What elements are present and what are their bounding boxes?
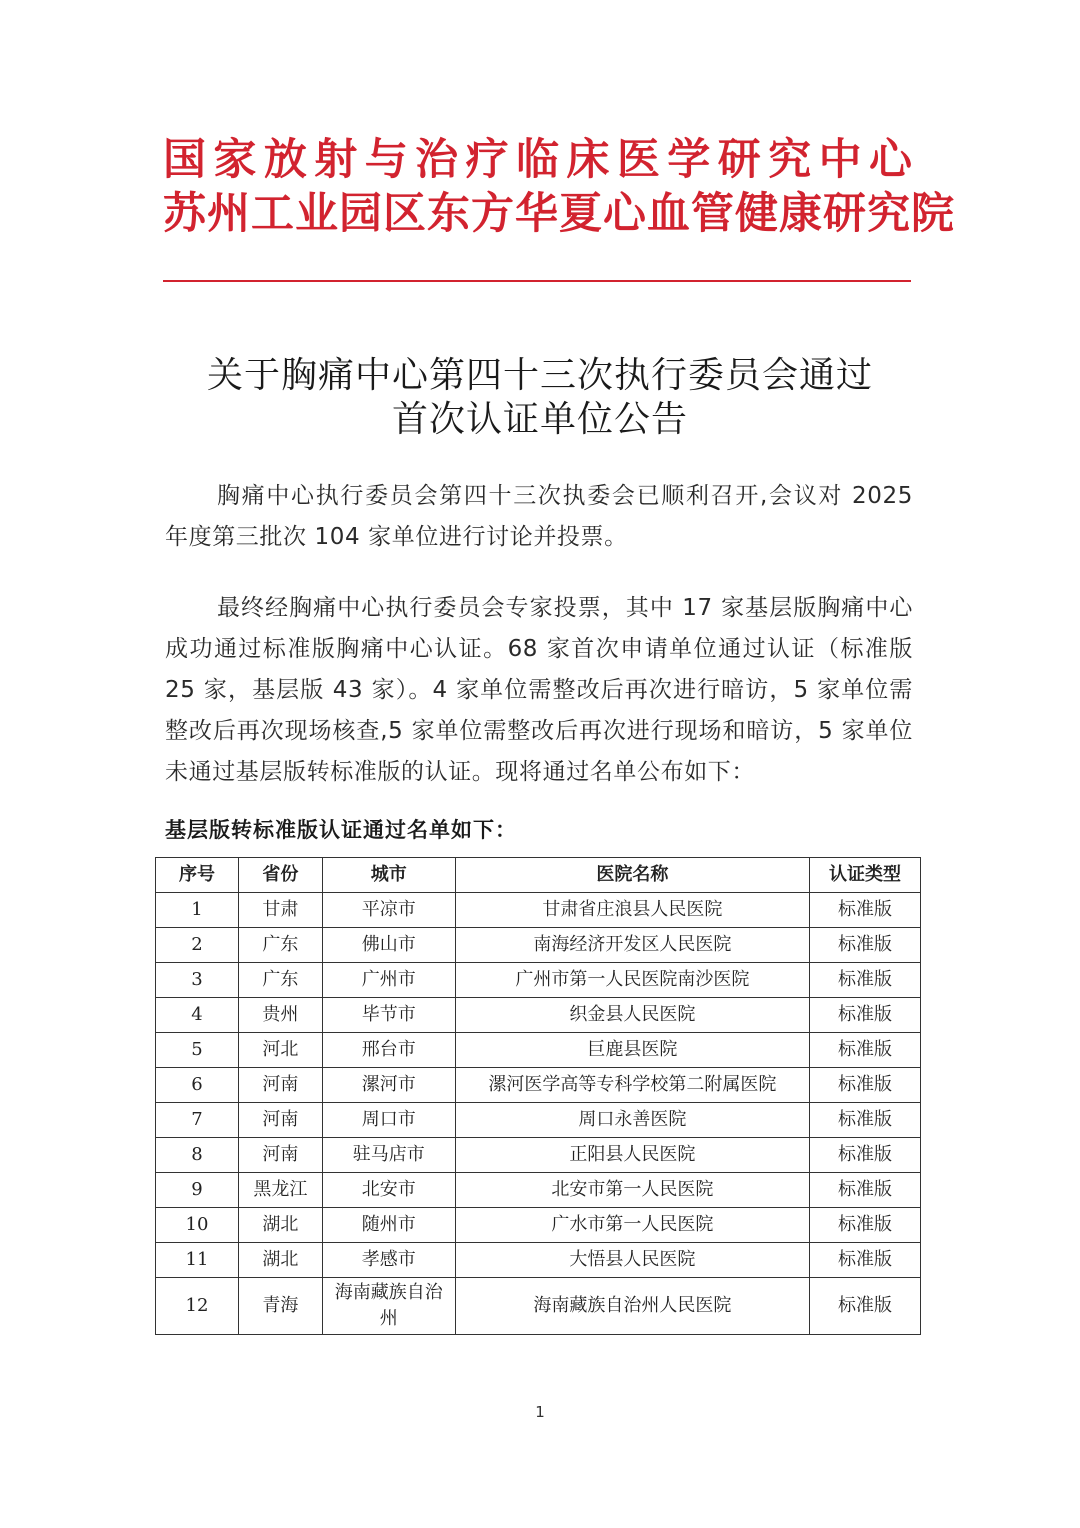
cell-cert-type: 标准版 [810, 1068, 921, 1103]
cell-province: 河南 [238, 1068, 322, 1103]
table-row: 4贵州毕节市织金县人民医院标准版 [156, 998, 921, 1033]
table-row: 10湖北随州市广水市第一人民医院标准版 [156, 1208, 921, 1243]
cell-no: 9 [156, 1173, 239, 1208]
cell-province: 广东 [238, 928, 322, 963]
cell-city: 孝感市 [322, 1243, 455, 1278]
table-row: 12青海海南藏族自治州海南藏族自治州人民医院标准版 [156, 1278, 921, 1335]
cell-province: 河南 [238, 1103, 322, 1138]
header-hospital: 医院名称 [455, 858, 809, 893]
section-heading: 基层版转标准版认证通过名单如下： [165, 814, 517, 846]
cell-cert-type: 标准版 [810, 963, 921, 998]
table-row: 5河北邢台市巨鹿县医院标准版 [156, 1033, 921, 1068]
cell-city: 漯河市 [322, 1068, 455, 1103]
letterhead-red-rule [163, 280, 911, 282]
cell-hospital: 北安市第一人民医院 [455, 1173, 809, 1208]
table-row: 1甘肃平凉市甘肃省庄浪县人民医院标准版 [156, 893, 921, 928]
cell-city: 海南藏族自治州 [322, 1278, 455, 1335]
cell-hospital: 南海经济开发区人民医院 [455, 928, 809, 963]
cell-hospital: 正阳县人民医院 [455, 1138, 809, 1173]
header-city: 城市 [322, 858, 455, 893]
cell-no: 2 [156, 928, 239, 963]
cell-province: 广东 [238, 963, 322, 998]
body-paragraph-2: 最终经胸痛中心执行委员会专家投票，其中 17 家基层版胸痛中心成功通过标准版胸痛… [165, 588, 913, 793]
page-number: 1 [0, 1403, 1080, 1421]
cell-no: 3 [156, 963, 239, 998]
cell-province: 河南 [238, 1138, 322, 1173]
table-row: 6河南漯河市漯河医学高等专科学校第二附属医院标准版 [156, 1068, 921, 1103]
document-title-line-2: 首次认证单位公告 [150, 396, 930, 444]
table-body: 1甘肃平凉市甘肃省庄浪县人民医院标准版2广东佛山市南海经济开发区人民医院标准版3… [156, 893, 921, 1335]
cell-cert-type: 标准版 [810, 1173, 921, 1208]
cell-hospital: 巨鹿县医院 [455, 1033, 809, 1068]
cell-city: 随州市 [322, 1208, 455, 1243]
cell-no: 4 [156, 998, 239, 1033]
cell-city: 邢台市 [322, 1033, 455, 1068]
cell-hospital: 周口永善医院 [455, 1103, 809, 1138]
cell-cert-type: 标准版 [810, 1243, 921, 1278]
cell-no: 11 [156, 1243, 239, 1278]
certified-units-table: 序号 省份 城市 医院名称 认证类型 1甘肃平凉市甘肃省庄浪县人民医院标准版2广… [155, 857, 921, 1335]
table-row: 3广东广州市广州市第一人民医院南沙医院标准版 [156, 963, 921, 998]
body-paragraph-1: 胸痛中心执行委员会第四十三次执委会已顺利召开,会议对 2025 年度第三批次 1… [165, 476, 913, 558]
header-cert-type: 认证类型 [810, 858, 921, 893]
document-title-line-1: 关于胸痛中心第四十三次执行委员会通过 [150, 352, 930, 400]
cell-no: 1 [156, 893, 239, 928]
table-row: 9黑龙江北安市北安市第一人民医院标准版 [156, 1173, 921, 1208]
cell-cert-type: 标准版 [810, 1033, 921, 1068]
cell-hospital: 大悟县人民医院 [455, 1243, 809, 1278]
cell-hospital: 织金县人民医院 [455, 998, 809, 1033]
cell-no: 12 [156, 1278, 239, 1335]
cell-cert-type: 标准版 [810, 998, 921, 1033]
cell-province: 河北 [238, 1033, 322, 1068]
cell-cert-type: 标准版 [810, 1278, 921, 1335]
cell-cert-type: 标准版 [810, 928, 921, 963]
cell-city: 北安市 [322, 1173, 455, 1208]
cell-hospital: 漯河医学高等专科学校第二附属医院 [455, 1068, 809, 1103]
cell-city: 驻马店市 [322, 1138, 455, 1173]
cell-no: 6 [156, 1068, 239, 1103]
cell-cert-type: 标准版 [810, 1138, 921, 1173]
table-row: 2广东佛山市南海经济开发区人民医院标准版 [156, 928, 921, 963]
cell-hospital: 海南藏族自治州人民医院 [455, 1278, 809, 1335]
table-row: 7河南周口市周口永善医院标准版 [156, 1103, 921, 1138]
cell-no: 5 [156, 1033, 239, 1068]
cell-hospital: 甘肃省庄浪县人民医院 [455, 893, 809, 928]
cell-city: 佛山市 [322, 928, 455, 963]
cell-cert-type: 标准版 [810, 1103, 921, 1138]
cell-city: 广州市 [322, 963, 455, 998]
table-row: 8河南驻马店市正阳县人民医院标准版 [156, 1138, 921, 1173]
cell-hospital: 广州市第一人民医院南沙医院 [455, 963, 809, 998]
header-province: 省份 [238, 858, 322, 893]
letterhead-org-line-1: 国家放射与治疗临床医学研究中心 [163, 132, 913, 188]
table-header-row: 序号 省份 城市 医院名称 认证类型 [156, 858, 921, 893]
cell-cert-type: 标准版 [810, 1208, 921, 1243]
cell-no: 8 [156, 1138, 239, 1173]
cell-cert-type: 标准版 [810, 893, 921, 928]
cell-province: 青海 [238, 1278, 322, 1335]
letterhead-org-line-2: 苏州工业园区东方华夏心血管健康研究院 [163, 186, 913, 242]
header-no: 序号 [156, 858, 239, 893]
cell-city: 平凉市 [322, 893, 455, 928]
cell-city: 毕节市 [322, 998, 455, 1033]
cell-province: 甘肃 [238, 893, 322, 928]
table-row: 11湖北孝感市大悟县人民医院标准版 [156, 1243, 921, 1278]
cell-province: 湖北 [238, 1208, 322, 1243]
cell-province: 湖北 [238, 1243, 322, 1278]
cell-province: 贵州 [238, 998, 322, 1033]
cell-city: 周口市 [322, 1103, 455, 1138]
cell-no: 10 [156, 1208, 239, 1243]
cell-province: 黑龙江 [238, 1173, 322, 1208]
cell-hospital: 广水市第一人民医院 [455, 1208, 809, 1243]
cell-no: 7 [156, 1103, 239, 1138]
